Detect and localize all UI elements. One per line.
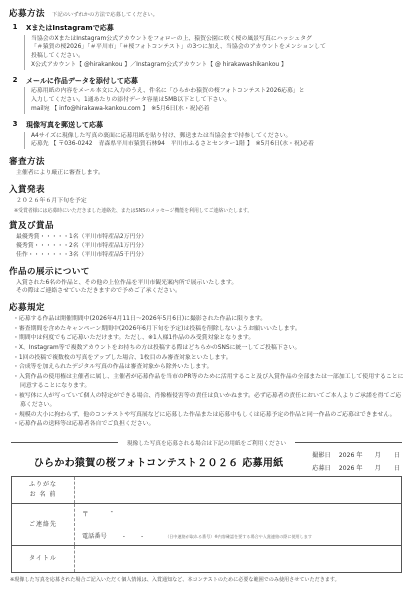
section-announcement: 入賞発表 ２０２６年６月下旬を予定 ※受賞者様には応募時にいただきました連絡先、…: [9, 183, 404, 214]
apply-date-year: 2026 年: [339, 463, 363, 472]
screening-heading: 審査方法: [9, 155, 404, 167]
phone-label: 電話番号: [82, 531, 107, 540]
rule-item: ・合成等を加えられたデジタル写真の作品は審査対象から除外いたします。: [13, 363, 404, 373]
method-item-list: 1 XまたはInstagramで応募 当協会のXまたはInstagram公式アカ…: [9, 23, 404, 149]
rule-item: ・1回の投稿で複数枚の写真をアップした場合、1枚目のみ審査対象といたします。: [13, 354, 404, 364]
method-item-title: 現像写真を郵送して応募: [26, 120, 103, 130]
postal-mark: 〒: [82, 508, 89, 518]
rules-heading: 応募規定: [9, 301, 404, 313]
method-item: 2 メールに作品データを添付して応募 応募用紙の内容をメール本文に入力のうえ、件…: [12, 76, 404, 114]
method-item-heading: 3 現像写真を郵送して応募: [12, 120, 404, 130]
rule-item: ・応募作品の送料等は応募者各自でご負担ください。: [13, 420, 404, 430]
exhibition-heading: 作品の展示について: [9, 265, 404, 277]
rule-item: ・規模の大小に拘わらず、他のコンテストや写真展などに応募した作品または応募中もし…: [13, 411, 404, 421]
rule-item: ・入賞作品の使用権は主催者に属し、主催者が応募作品を当市のPR等のために活用する…: [13, 373, 404, 392]
method-item-number: 2: [12, 76, 18, 86]
form-header: ひらかわ猿賀の桜フォトコンテスト２０２６ 応募用紙 撮影日 2026 年 月 日…: [13, 450, 400, 472]
footer-privacy-note: ※現像した写真を応募された場合ご記入いただく個人情報は、入賞通知など、本コンテス…: [10, 576, 403, 583]
method-item-number: 1: [12, 23, 18, 33]
method-item-number: 3: [12, 120, 18, 130]
shoot-date-day: 日: [394, 450, 400, 459]
method-heading-row: 応募方法 下記のいずれかの方法で応募してください。: [9, 7, 404, 19]
section-screening: 審査方法 主催者により厳正に審査します。: [9, 155, 404, 178]
contact-field-cell: 〒 - 電話番号 - - （日中連絡が取れる番号）※内容確認を要する場合や入賞連…: [74, 504, 401, 545]
section-rules: 応募規定 ・応募する作品は開催期間中(2026年4月11日～2026年5月6日)…: [9, 301, 404, 430]
announcement-body: ２０２６年６月下旬を予定: [16, 197, 404, 206]
document-page: 応募方法 下記のいずれかの方法で応募してください。 1 XまたはInstagra…: [0, 0, 415, 600]
method-item-title: XまたはInstagramで応募: [26, 23, 114, 33]
method-item: 3 現像写真を郵送して応募 A4サイズに現像した写真の裏面に応募用紙を貼り付け、…: [12, 120, 404, 149]
phone-dash-1: -: [123, 533, 125, 540]
method-item-title: メールに作品データを添付して応募: [26, 76, 138, 86]
divider-text: 現像した写真を応募される場合は下記の用紙をご利用ください: [127, 438, 286, 447]
postal-line: 〒 -: [82, 508, 394, 518]
apply-date-label: 応募日: [312, 463, 331, 472]
contact-row: ご連絡先 〒 - 電話番号 - - （日中連絡が取れる番号）※内容確認を要する場…: [12, 503, 401, 545]
rules-list: ・応募する作品は開催期間中(2026年4月11日～2026年5月6日)に撮影され…: [13, 315, 404, 430]
application-form-table: ふりがな お 名 前 ご連絡先 〒 - 電話番号 - - （日中連絡が取れる番号…: [11, 476, 402, 573]
announcement-heading: 入賞発表: [9, 183, 404, 195]
apply-date-month: 月: [375, 463, 381, 472]
method-item-body: A4サイズに現像した写真の裏面に応募用紙を貼り付け、郵送または当協会まで持参して…: [24, 132, 404, 150]
screening-body: 主催者により厳正に審査します。: [16, 169, 404, 178]
method-item-heading: 2 メールに作品データを添付して応募: [12, 76, 404, 86]
announcement-note: ※受賞者様には応募時にいただきました連絡先、またはSNSのメッセージ機能を利用し…: [14, 207, 404, 214]
method-item-body: 当協会のXまたはInstagram公式アカウントをフォローの上、猿賀公園に咲く桜…: [24, 35, 404, 70]
shoot-date-row: 撮影日 2026 年 月 日: [312, 450, 400, 459]
name-field-label: ふりがな お 名 前: [12, 477, 74, 503]
apply-date-day: 日: [394, 463, 400, 472]
section-prizes: 賞及び賞品 最優秀賞・・・・・1名（平川市特産品2万円分） 優秀賞・・・・・・2…: [9, 219, 404, 260]
section-application-method: 応募方法 下記のいずれかの方法で応募してください。 1 XまたはInstagra…: [9, 7, 404, 149]
phone-line: 電話番号 - - （日中連絡が取れる番号）※内容確認を要する場合や入賞連絡の際に…: [82, 531, 394, 540]
prizes-heading: 賞及び賞品: [9, 219, 404, 231]
phone-note: （日中連絡が取れる番号）※内容確認を要する場合や入賞連絡の際に使用します: [165, 534, 312, 540]
method-heading: 応募方法: [9, 7, 45, 19]
title-field-label: タイトル: [12, 546, 74, 572]
name-field-cell: [74, 477, 401, 503]
name-row: ふりがな お 名 前: [12, 477, 401, 503]
method-item-heading: 1 XまたはInstagramで応募: [12, 23, 404, 33]
exhibition-body: 入賞された6名の作品と、その他の上位作品を平川市観光案内所で展示いたします。 そ…: [16, 279, 404, 297]
title-row: タイトル: [12, 545, 401, 572]
form-title: ひらかわ猿賀の桜フォトコンテスト２０２６ 応募用紙: [13, 454, 304, 469]
method-heading-note: 下記のいずれかの方法で応募してください。: [52, 10, 158, 18]
rule-item: ・X、Instagram等で複数アカウントをお持ちの方は投稿する際はどちらかのS…: [13, 344, 404, 354]
title-field-cell: [74, 546, 401, 572]
rule-item: ・被写体に人が写っていて個人の特定ができる場合、肖像権侵害等の責任は負いかねます…: [13, 392, 404, 411]
shoot-date-month: 月: [375, 450, 381, 459]
method-item-body: 応募用紙の内容をメール本文に入力のうえ、件名に「ひらかわ猿賀の桜フォトコンテスト…: [24, 87, 404, 114]
divider-line-right: [295, 442, 402, 443]
date-fields: 撮影日 2026 年 月 日 応募日 2026 年 月 日: [312, 450, 400, 472]
prizes-body: 最優秀賞・・・・・1名（平川市特産品2万円分） 優秀賞・・・・・・2名（平川市特…: [16, 233, 404, 260]
rule-item: ・審査期間を含めたキャンペーン期間中(2026年6月下旬を予定)は投稿を削除しな…: [13, 325, 404, 335]
rule-item: ・期間中は何度でもご応募いただけます。ただし、※1人様1作品のみ受賞対象となりま…: [13, 334, 404, 344]
divider-line-left: [11, 442, 118, 443]
method-item: 1 XまたはInstagramで応募 当協会のXまたはInstagram公式アカ…: [12, 23, 404, 70]
shoot-date-label: 撮影日: [312, 450, 331, 459]
section-exhibition: 作品の展示について 入賞された6名の作品と、その他の上位作品を平川市観光案内所で…: [9, 265, 404, 297]
contact-field-label: ご連絡先: [12, 504, 74, 545]
apply-date-row: 応募日 2026 年 月 日: [312, 463, 400, 472]
postal-dash: -: [111, 508, 113, 518]
rule-item: ・応募する作品は開催期間中(2026年4月11日～2026年5月6日)に撮影され…: [13, 315, 404, 325]
shoot-date-year: 2026 年: [339, 450, 363, 459]
form-divider: 現像した写真を応募される場合は下記の用紙をご利用ください: [11, 438, 402, 447]
phone-dash-2: -: [141, 533, 143, 540]
